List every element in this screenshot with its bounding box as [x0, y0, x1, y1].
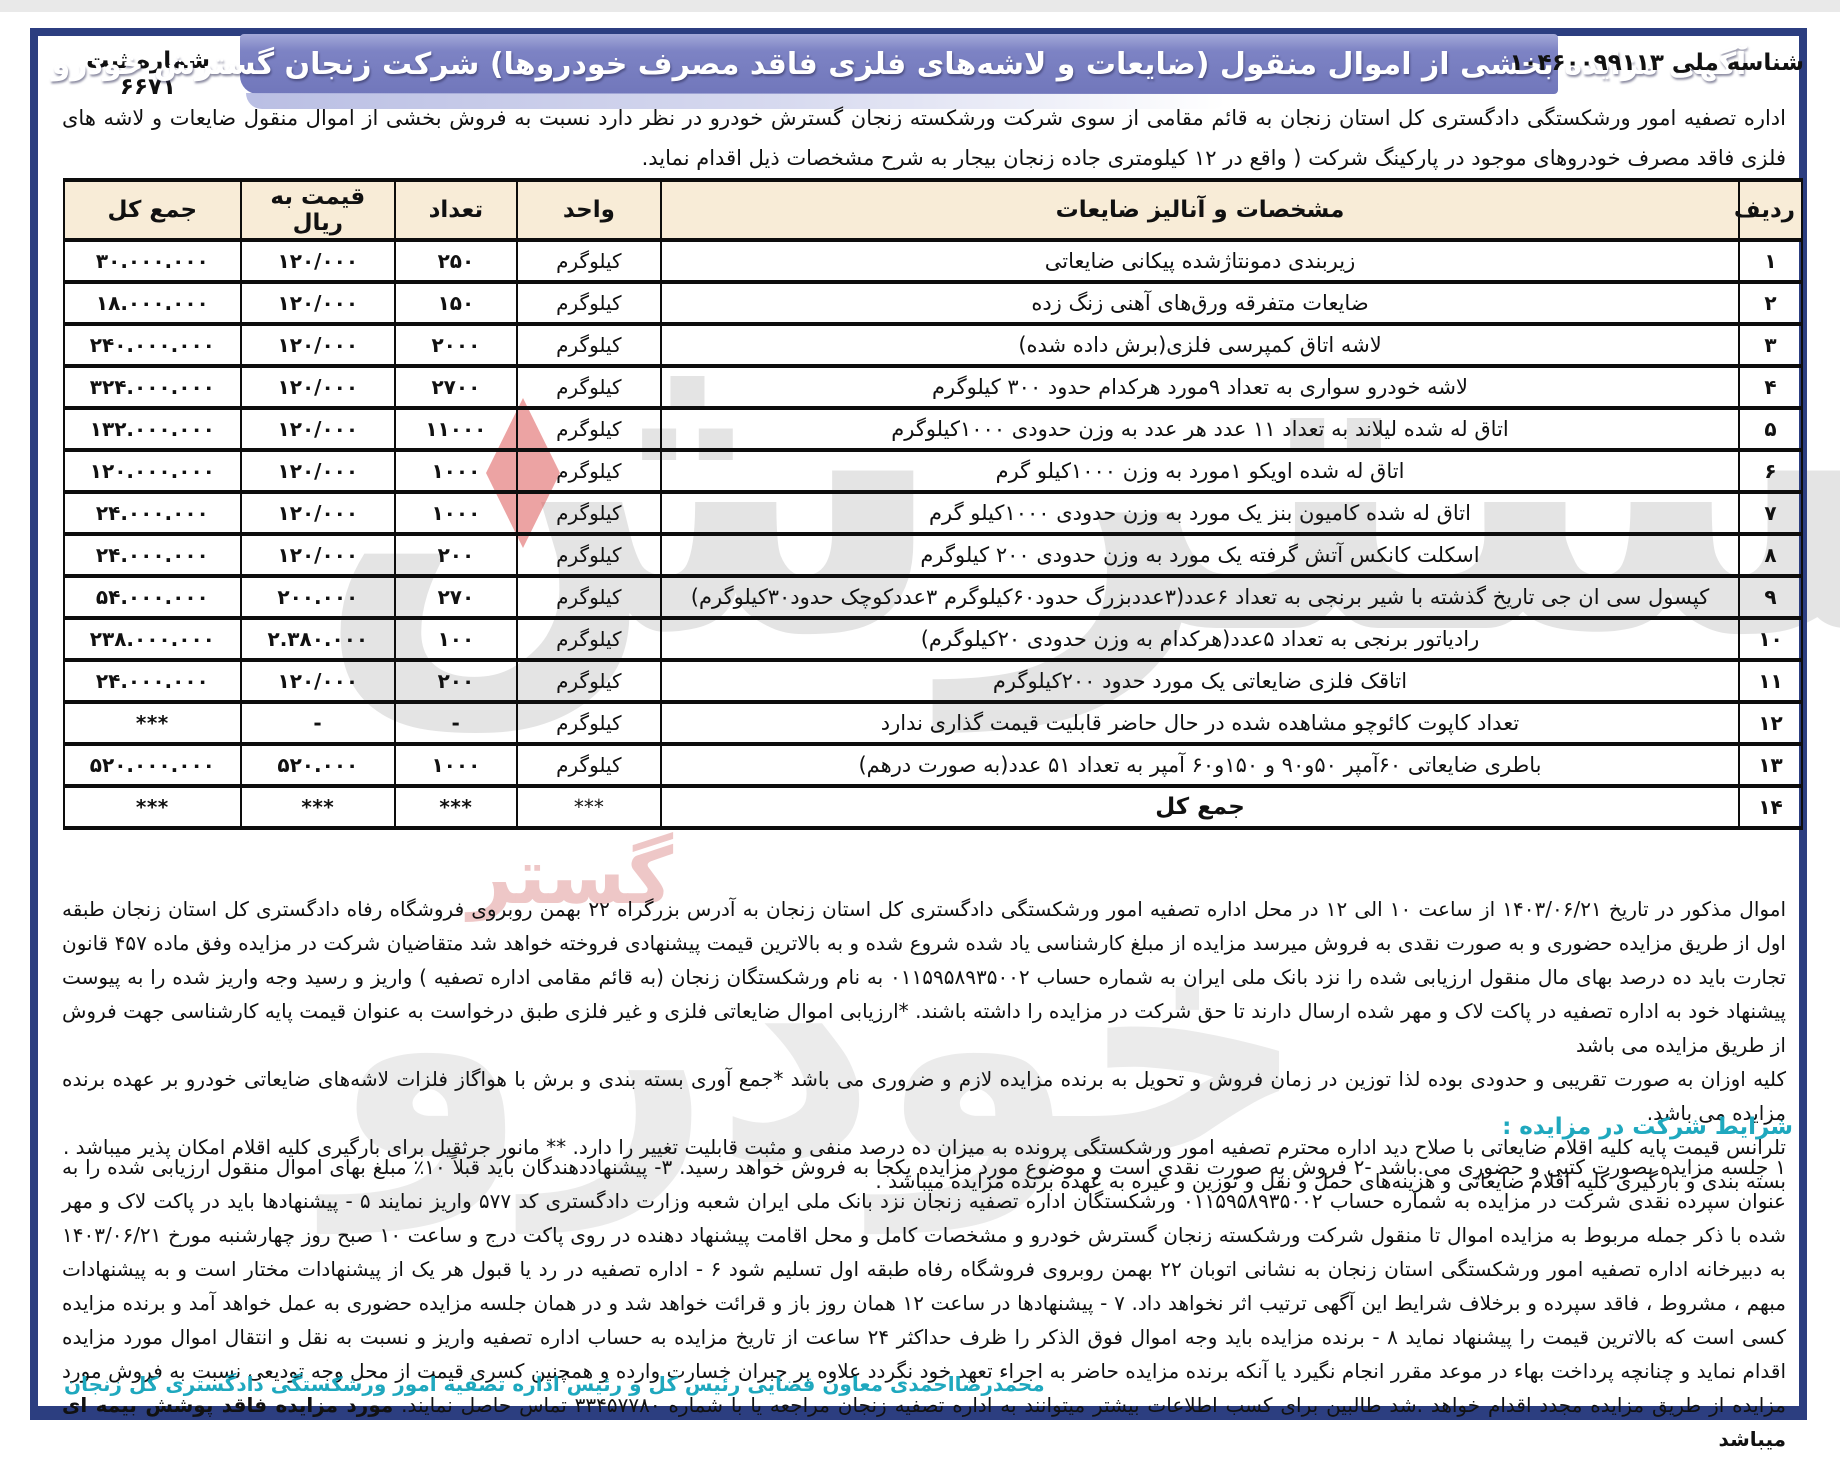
cell-row-number: ۹ — [1739, 576, 1802, 618]
cell-total: ۵۲۰.۰۰۰.۰۰۰ — [64, 744, 241, 786]
cell-row-number: ۸ — [1739, 534, 1802, 576]
cell-unit: کیلوگرم — [517, 492, 661, 534]
cell-price: ۵۲۰.۰۰۰ — [241, 744, 395, 786]
page-title: آگهی مزایده بخشی از اموال منقول (ضایعات … — [52, 47, 1747, 82]
cell-price: ۱۲۰/۰۰۰ — [241, 408, 395, 450]
cell-row-number: ۱ — [1739, 240, 1802, 282]
table-row: ۸ اسکلت کانکس آتش گرفته یک مورد به وزن ح… — [64, 534, 1802, 576]
table-row: ۱۳ باطری ضایعاتی ۶۰آمپر ۵۰و۹۰ و ۱۵۰و۶۰ آ… — [64, 744, 1802, 786]
cell-unit: کیلوگرم — [517, 576, 661, 618]
cell-unit: کیلوگرم — [517, 450, 661, 492]
cell-price: ۱۲۰/۰۰۰ — [241, 324, 395, 366]
cell-quantity: - — [395, 702, 517, 744]
cell-description: زیربندی دمونتاژشده پیکانی ضایعاتی — [661, 240, 1739, 282]
cell-row-number: ۱۰ — [1739, 618, 1802, 660]
header-price: قیمت به ریال — [241, 180, 395, 240]
conditions-paragraph: ۱ جلسه مزایده بصورت کتبی و حضوری می.باشد… — [62, 1150, 1786, 1456]
cell-price: ۱۲۰/۰۰۰ — [241, 534, 395, 576]
cell-total: ۱۲۰.۰۰۰.۰۰۰ — [64, 450, 241, 492]
cell-description: اتاق له شده کامیون بنز یک مورد به وزن حد… — [661, 492, 1739, 534]
cell-total: ۲۴.۰۰۰.۰۰۰ — [64, 534, 241, 576]
cell-unit: کیلوگرم — [517, 408, 661, 450]
cell-description: باطری ضایعاتی ۶۰آمپر ۵۰و۹۰ و ۱۵۰و۶۰ آمپر… — [661, 744, 1739, 786]
cell-total: ۱۳۲.۰۰۰.۰۰۰ — [64, 408, 241, 450]
scanned-auction-notice-page: گسترش خودرو گستر شماره ثبت ۶۶۷۱ آگهی مزا… — [0, 0, 1840, 1461]
cell-description: ضایعات متفرقه ورق‌های آهنی زنگ زده — [661, 282, 1739, 324]
cell-row-number: ۱۳ — [1739, 744, 1802, 786]
cell-price: - — [241, 702, 395, 744]
cell-total: ۲۴.۰۰۰.۰۰۰ — [64, 660, 241, 702]
cell-total: *** — [64, 786, 241, 828]
table-row: ۴ لاشه خودرو سواری به تعداد ۹مورد هرکدام… — [64, 366, 1802, 408]
title-banner: آگهی مزایده بخشی از اموال منقول (ضایعات … — [240, 34, 1558, 94]
table-row: ۱ زیربندی دمونتاژشده پیکانی ضایعاتی کیلو… — [64, 240, 1802, 282]
cell-total: ۵۴.۰۰۰.۰۰۰ — [64, 576, 241, 618]
cell-price: ۲۰۰.۰۰۰ — [241, 576, 395, 618]
cell-unit: کیلوگرم — [517, 366, 661, 408]
cell-description: اتاقک فلزی ضایعاتی یک مورد حدود ۲۰۰کیلوگ… — [661, 660, 1739, 702]
cell-description: تعداد کاپوت کائوچو مشاهده شده در حال حاض… — [661, 702, 1739, 744]
cell-row-number: ۷ — [1739, 492, 1802, 534]
cell-quantity: ۱۵۰ — [395, 282, 517, 324]
signature-line: محمدرضااحمدی معاون قضایی رئیس کل و رئیس … — [64, 1372, 1045, 1396]
cell-unit: کیلوگرم — [517, 240, 661, 282]
header-total: جمع کل — [64, 180, 241, 240]
cell-description: رادیاتور برنجی به تعداد ۵عدد(هرکدام به و… — [661, 618, 1739, 660]
cell-quantity: ۱۰۰۰ — [395, 744, 517, 786]
cell-unit: *** — [517, 786, 661, 828]
cell-unit: کیلوگرم — [517, 744, 661, 786]
cell-total: ۱۸.۰۰۰.۰۰۰ — [64, 282, 241, 324]
cell-price: ۱۲۰/۰۰۰ — [241, 450, 395, 492]
cell-quantity: ۲۰۰ — [395, 660, 517, 702]
cell-price: ۱۲۰/۰۰۰ — [241, 366, 395, 408]
cell-quantity: ۲۷۰ — [395, 576, 517, 618]
table-total-row: ۱۴ جمع کل *** *** *** *** — [64, 786, 1802, 828]
cell-quantity: ۲۰۰۰ — [395, 324, 517, 366]
cell-price: ۲.۳۸۰.۰۰۰ — [241, 618, 395, 660]
table-row: ۵ اتاق له شده لیلاند به تعداد ۱۱ عدد هر … — [64, 408, 1802, 450]
cell-row-number: ۵ — [1739, 408, 1802, 450]
note-sale-details: اموال مذکور در تاریخ ۱۴۰۳/۰۶/۲۱ از ساعت … — [62, 892, 1786, 1062]
cell-row-number: ۱۲ — [1739, 702, 1802, 744]
cell-unit: کیلوگرم — [517, 618, 661, 660]
cell-unit: کیلوگرم — [517, 702, 661, 744]
table-row: ۲ ضایعات متفرقه ورق‌های آهنی زنگ زده کیل… — [64, 282, 1802, 324]
cell-row-number: ۲ — [1739, 282, 1802, 324]
cell-description: لاشه اتاق کمپرسی فلزی(برش داده شده) — [661, 324, 1739, 366]
cell-description: لاشه خودرو سواری به تعداد ۹مورد هرکدام ح… — [661, 366, 1739, 408]
table-row: ۹ کپسول سی ان جی تاریخ گذشته با شیر برنج… — [64, 576, 1802, 618]
conditions-heading: شرایط شرکت در مزایده : — [1502, 1114, 1793, 1140]
cell-row-number: ۶ — [1739, 450, 1802, 492]
page-content: شماره ثبت ۶۶۷۱ آگهی مزایده بخشی از اموال… — [0, 0, 1840, 1461]
cell-quantity: ۱۰۰ — [395, 618, 517, 660]
cell-price: ۱۲۰/۰۰۰ — [241, 282, 395, 324]
cell-row-number: ۱۴ — [1739, 786, 1802, 828]
table-row: ۷ اتاق له شده کامیون بنز یک مورد به وزن … — [64, 492, 1802, 534]
cell-unit: کیلوگرم — [517, 534, 661, 576]
table-row: ۶ اتاق له شده اویکو ۱مورد به وزن ۱۰۰۰کیل… — [64, 450, 1802, 492]
auction-items-table: ردیف مشخصات و آنالیز ضایعات واحد تعداد ق… — [63, 178, 1803, 830]
cell-price: *** — [241, 786, 395, 828]
cell-total: ۲۴.۰۰۰.۰۰۰ — [64, 492, 241, 534]
cell-unit: کیلوگرم — [517, 324, 661, 366]
header-unit: واحد — [517, 180, 661, 240]
table-header-row: ردیف مشخصات و آنالیز ضایعات واحد تعداد ق… — [64, 180, 1802, 240]
cell-quantity: *** — [395, 786, 517, 828]
header-quantity: تعداد — [395, 180, 517, 240]
header-row-number: ردیف — [1739, 180, 1802, 240]
cell-total: *** — [64, 702, 241, 744]
cell-quantity: ۱۰۰۰ — [395, 450, 517, 492]
table-row: ۱۲ تعداد کاپوت کائوچو مشاهده شده در حال … — [64, 702, 1802, 744]
cell-total: ۳۲۴.۰۰۰.۰۰۰ — [64, 366, 241, 408]
table-row: ۳ لاشه اتاق کمپرسی فلزی(برش داده شده) کی… — [64, 324, 1802, 366]
cell-quantity: ۲۷۰۰ — [395, 366, 517, 408]
cell-description: اتاق له شده لیلاند به تعداد ۱۱ عدد هر عد… — [661, 408, 1739, 450]
cell-unit: کیلوگرم — [517, 660, 661, 702]
cell-description: اتاق له شده اویکو ۱مورد به وزن ۱۰۰۰کیلو … — [661, 450, 1739, 492]
table-row: ۱۰ رادیاتور برنجی به تعداد ۵عدد(هرکدام ب… — [64, 618, 1802, 660]
cell-grand-total-label: جمع کل — [661, 786, 1739, 828]
intro-paragraph: اداره تصفیه امور ورشکستگی دادگستری کل اس… — [62, 98, 1786, 178]
cell-total: ۲۳۸.۰۰۰.۰۰۰ — [64, 618, 241, 660]
cell-price: ۱۲۰/۰۰۰ — [241, 660, 395, 702]
national-id: شناسه ملی ۱۰۴۶۰۰۹۹۱۱۳ — [1572, 50, 1804, 76]
cell-quantity: ۲۰۰ — [395, 534, 517, 576]
cell-quantity: ۱۱۰۰۰ — [395, 408, 517, 450]
header-description: مشخصات و آنالیز ضایعات — [661, 180, 1739, 240]
cell-row-number: ۳ — [1739, 324, 1802, 366]
table-row: ۱۱ اتاقک فلزی ضایعاتی یک مورد حدود ۲۰۰کی… — [64, 660, 1802, 702]
cell-row-number: ۱۱ — [1739, 660, 1802, 702]
cell-quantity: ۲۵۰ — [395, 240, 517, 282]
cell-description: کپسول سی ان جی تاریخ گذشته با شیر برنجی … — [661, 576, 1739, 618]
cell-description: اسکلت کانکس آتش گرفته یک مورد به وزن حدو… — [661, 534, 1739, 576]
cell-unit: کیلوگرم — [517, 282, 661, 324]
cell-quantity: ۱۰۰۰ — [395, 492, 517, 534]
cell-total: ۳۰.۰۰۰.۰۰۰ — [64, 240, 241, 282]
cell-price: ۱۲۰/۰۰۰ — [241, 240, 395, 282]
cell-row-number: ۴ — [1739, 366, 1802, 408]
cell-price: ۱۲۰/۰۰۰ — [241, 492, 395, 534]
cell-total: ۲۴۰.۰۰۰.۰۰۰ — [64, 324, 241, 366]
